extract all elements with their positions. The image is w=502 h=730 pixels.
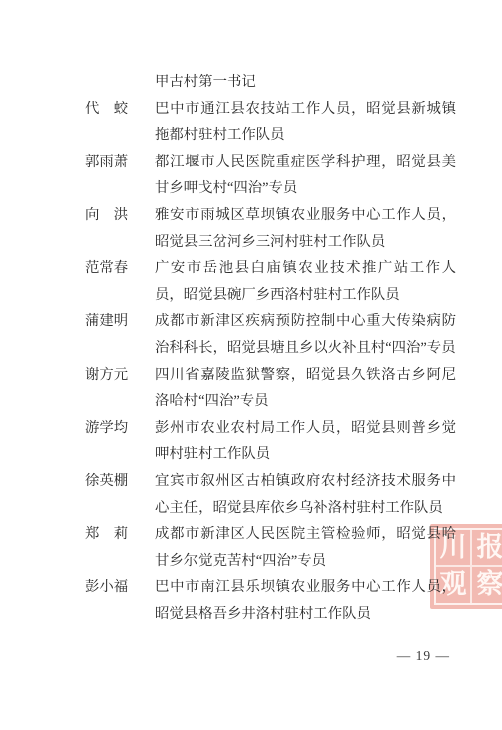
person-description: 雅安市雨城区草坝镇农业服务中心工作人员，昭觉县三岔河乡三河村驻村工作队员 [155, 202, 456, 255]
person-name: 代 蛟 [85, 96, 155, 123]
list-entry: 向 洪 雅安市雨城区草坝镇农业服务中心工作人员，昭觉县三岔河乡三河村驻村工作队员 [85, 202, 456, 255]
person-name: 范常春 [85, 255, 155, 282]
person-description: 巴中市通江县农技站工作人员，昭觉县新城镇拖都村驻村工作队员 [155, 96, 456, 149]
person-description: 成都市新津区疾病预防控制中心重大传染病防治科科长，昭觉县塘且乡以火补且村“四治”… [155, 308, 456, 361]
list-entry: 代 蛟 巴中市通江县农技站工作人员，昭觉县新城镇拖都村驻村工作队员 [85, 96, 456, 149]
person-name: 郑 莉 [85, 521, 155, 548]
list-entry: 蒲建明 成都市新津区疾病预防控制中心重大传染病防治科科长，昭觉县塘且乡以火补且村… [85, 308, 456, 361]
person-description: 广安市岳池县白庙镇农业技术推广站工作人员，昭觉县碗厂乡西洛村驻村工作队员 [155, 255, 456, 308]
person-description: 彭州市农业农村局工作人员，昭觉县则普乡觉呷村驻村工作队员 [155, 415, 456, 468]
seal-char: 报 [472, 530, 502, 567]
person-description: 巴中市南江县乐坝镇农业服务中心工作人员，昭觉县格吾乡井洛村驻村工作队员 [155, 574, 456, 627]
list-entry: 郑 莉 成都市新津区人民医院主管检验师，昭觉县哈甘乡尔觉克苦村“四治”专员 [85, 521, 456, 574]
person-name: 徐英棚 [85, 468, 155, 495]
list-entry: 谢方元 四川省嘉陵监狱警察，昭觉县久铁洛古乡阿尼洛哈村“四治”专员 [85, 362, 456, 415]
list-entry: 郭雨萧 都江堰市人民医院重症医学科护理，昭觉县美甘乡呷戈村“四治”专员 [85, 149, 456, 202]
name-list: 甲古村第一书记 代 蛟 巴中市通江县农技站工作人员，昭觉县新城镇拖都村驻村工作队… [85, 69, 456, 627]
document-page: 川 报 观 察 甲古村第一书记 代 蛟 巴中市通江县农技站工作人员，昭觉县新城镇… [0, 0, 502, 730]
person-description: 都江堰市人民医院重症医学科护理，昭觉县美甘乡呷戈村“四治”专员 [155, 149, 456, 202]
person-name: 游学均 [85, 415, 155, 442]
person-name: 彭小福 [85, 574, 155, 601]
person-description: 成都市新津区人民医院主管检验师，昭觉县哈甘乡尔觉克苦村“四治”专员 [155, 521, 456, 574]
person-name: 郭雨萧 [85, 149, 155, 176]
person-name: 蒲建明 [85, 308, 155, 335]
person-description: 宜宾市叙州区古柏镇政府农村经济技术服务中心主任，昭觉县库依乡乌补洛村驻村工作队员 [155, 468, 456, 521]
seal-char: 察 [472, 567, 502, 604]
continuation-text: 甲古村第一书记 [155, 69, 456, 96]
page-number: — 19 — [397, 648, 450, 663]
list-entry: 徐英棚 宜宾市叙州区古柏镇政府农村经济技术服务中心主任，昭觉县库依乡乌补洛村驻村… [85, 468, 456, 521]
list-entry: 游学均 彭州市农业农村局工作人员，昭觉县则普乡觉呷村驻村工作队员 [85, 415, 456, 468]
person-name: 向 洪 [85, 202, 155, 229]
list-entry: 彭小福 巴中市南江县乐坝镇农业服务中心工作人员，昭觉县格吾乡井洛村驻村工作队员 [85, 574, 456, 627]
continuation-row: 甲古村第一书记 [85, 69, 456, 96]
person-description: 四川省嘉陵监狱警察，昭觉县久铁洛古乡阿尼洛哈村“四治”专员 [155, 362, 456, 415]
person-name: 谢方元 [85, 362, 155, 389]
list-entry: 范常春 广安市岳池县白庙镇农业技术推广站工作人员，昭觉县碗厂乡西洛村驻村工作队员 [85, 255, 456, 308]
